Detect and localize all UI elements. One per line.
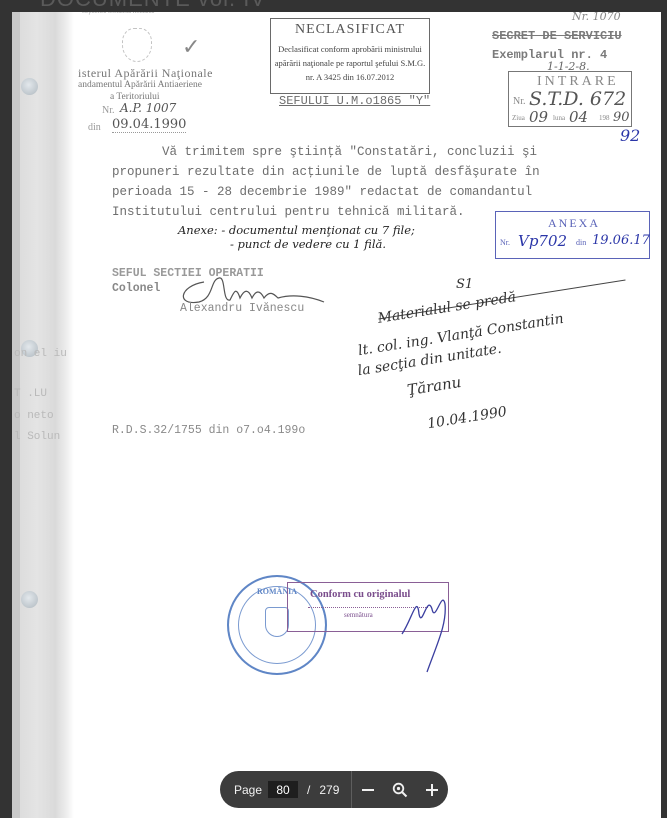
signatory-rank: Colonel: [112, 282, 160, 295]
body-line: propuneri rezultate din acţiunile de lup…: [112, 165, 540, 179]
declassified-stamp-line: apărării naţionale pe raportul şefului S…: [271, 56, 429, 70]
incoming-stamp-year-prefix: 198: [599, 114, 610, 122]
body-line: perioada 15 - 28 decembrie 1989" redacta…: [112, 185, 532, 199]
coat-of-arms-icon: [265, 607, 289, 637]
signatory-name: Alexandru Ivănescu: [180, 302, 304, 315]
incoming-stamp: INTRARE Nr. S.T.D. 672 Ziua 09 luna 04 1…: [508, 71, 632, 127]
bleed-through-text: on el iu: [14, 348, 67, 360]
letterhead-command: andamentul Apărării Antiaeriene: [78, 80, 202, 90]
annex-line: - punct de vedere cu 1 filă.: [230, 237, 386, 251]
bleed-through-text: o neto: [14, 410, 54, 422]
annex-stamp-title: ANEXA: [548, 216, 600, 231]
bleed-through-text: l Solun: [14, 431, 60, 443]
coat-of-arms-icon: [122, 28, 152, 62]
declassified-stamp-title: NECLASIFICAT: [271, 22, 429, 38]
declassified-stamp-line: nr. A 3425 din 16.07.2012: [271, 70, 429, 84]
zoom-in-button[interactable]: [416, 771, 448, 808]
annex-stamp-din-value: 19.06.17: [592, 233, 650, 248]
annex-line: Anexe: - documentul menţionat cu 7 file;: [178, 223, 415, 237]
incoming-stamp-day-value: 09: [529, 108, 548, 126]
page-label: Page: [234, 783, 262, 797]
bleed-through-text: T .LU: [14, 388, 47, 400]
letterhead-nr-value: A.P. 1007: [120, 101, 176, 115]
classification-level: SECRET DE SERVICIU: [492, 29, 622, 43]
resolution-date: 10.04.1990: [426, 404, 508, 432]
checkmark-icon: ✓: [182, 34, 200, 60]
incoming-stamp-nr-label: Nr.: [513, 96, 526, 107]
pdf-viewer-toolbar: Page / 279: [220, 771, 448, 808]
declassified-stamp: NECLASIFICAT Declasificat conform aprobă…: [270, 18, 430, 94]
registration-reference: R.D.S.32/1755 din o7.o4.199o: [112, 424, 305, 437]
magnifier-icon: [392, 782, 408, 798]
zoom-out-button[interactable]: [352, 771, 384, 808]
classification-note: Nr. 1070: [572, 12, 621, 23]
certified-copy-title: Conform cu originalul: [310, 589, 410, 600]
annex-stamp-nr-label: Nr.: [500, 238, 510, 247]
letterhead-din-value: 09.04.1990: [112, 117, 186, 133]
incoming-stamp-day-label: Ziua: [512, 114, 525, 122]
annex-stamp: ANEXA Nr. Vp702 din 19.06.17: [495, 211, 650, 259]
incoming-stamp-month-value: 04: [569, 108, 588, 126]
punch-hole: [21, 78, 38, 95]
annex-stamp-din-label: din: [576, 238, 586, 247]
body-line: Institutului centrului pentru tehnică mi…: [112, 205, 465, 219]
annex-stamp-nr-value: Vp702: [518, 232, 567, 250]
total-pages: 279: [319, 783, 339, 797]
body-line: Vă trimitem spre ştiinţă "Constatări, co…: [112, 145, 537, 159]
fit-zoom-button[interactable]: [384, 771, 416, 808]
letterhead-ministry: isterul Apărării Naţionale: [78, 66, 213, 81]
certified-signature-icon: [397, 584, 457, 674]
incoming-stamp-month-label: luna: [553, 114, 565, 122]
letterhead-nr-label: Nr.: [102, 105, 115, 116]
resolution-signature: Ţăranu: [406, 373, 463, 399]
page-separator: /: [307, 783, 310, 797]
resolution-header: S1: [456, 277, 473, 292]
blue-annotation: 92: [620, 126, 640, 145]
incoming-stamp-year-value: 90: [613, 110, 630, 125]
document-page: on el iu T .LU o neto l Solun Republica …: [12, 12, 661, 818]
certified-copy-label: semnătura: [344, 611, 373, 619]
plus-icon: [425, 783, 439, 797]
punch-hole: [21, 591, 38, 608]
page-number-input[interactable]: [268, 781, 298, 798]
declassified-stamp-line: Declasificat conform aprobării ministrul…: [271, 42, 429, 56]
minus-icon: [361, 783, 375, 797]
document-title: DOCUMENTE vol. IV: [40, 0, 266, 12]
incoming-stamp-nr-value: S.T.D. 672: [529, 88, 626, 110]
letterhead-din-label: din: [88, 122, 101, 133]
addressee: SEFULUI U.M.o1865 "Y": [279, 94, 430, 108]
letterhead-line0: Republica Socialistă România: [82, 12, 154, 15]
